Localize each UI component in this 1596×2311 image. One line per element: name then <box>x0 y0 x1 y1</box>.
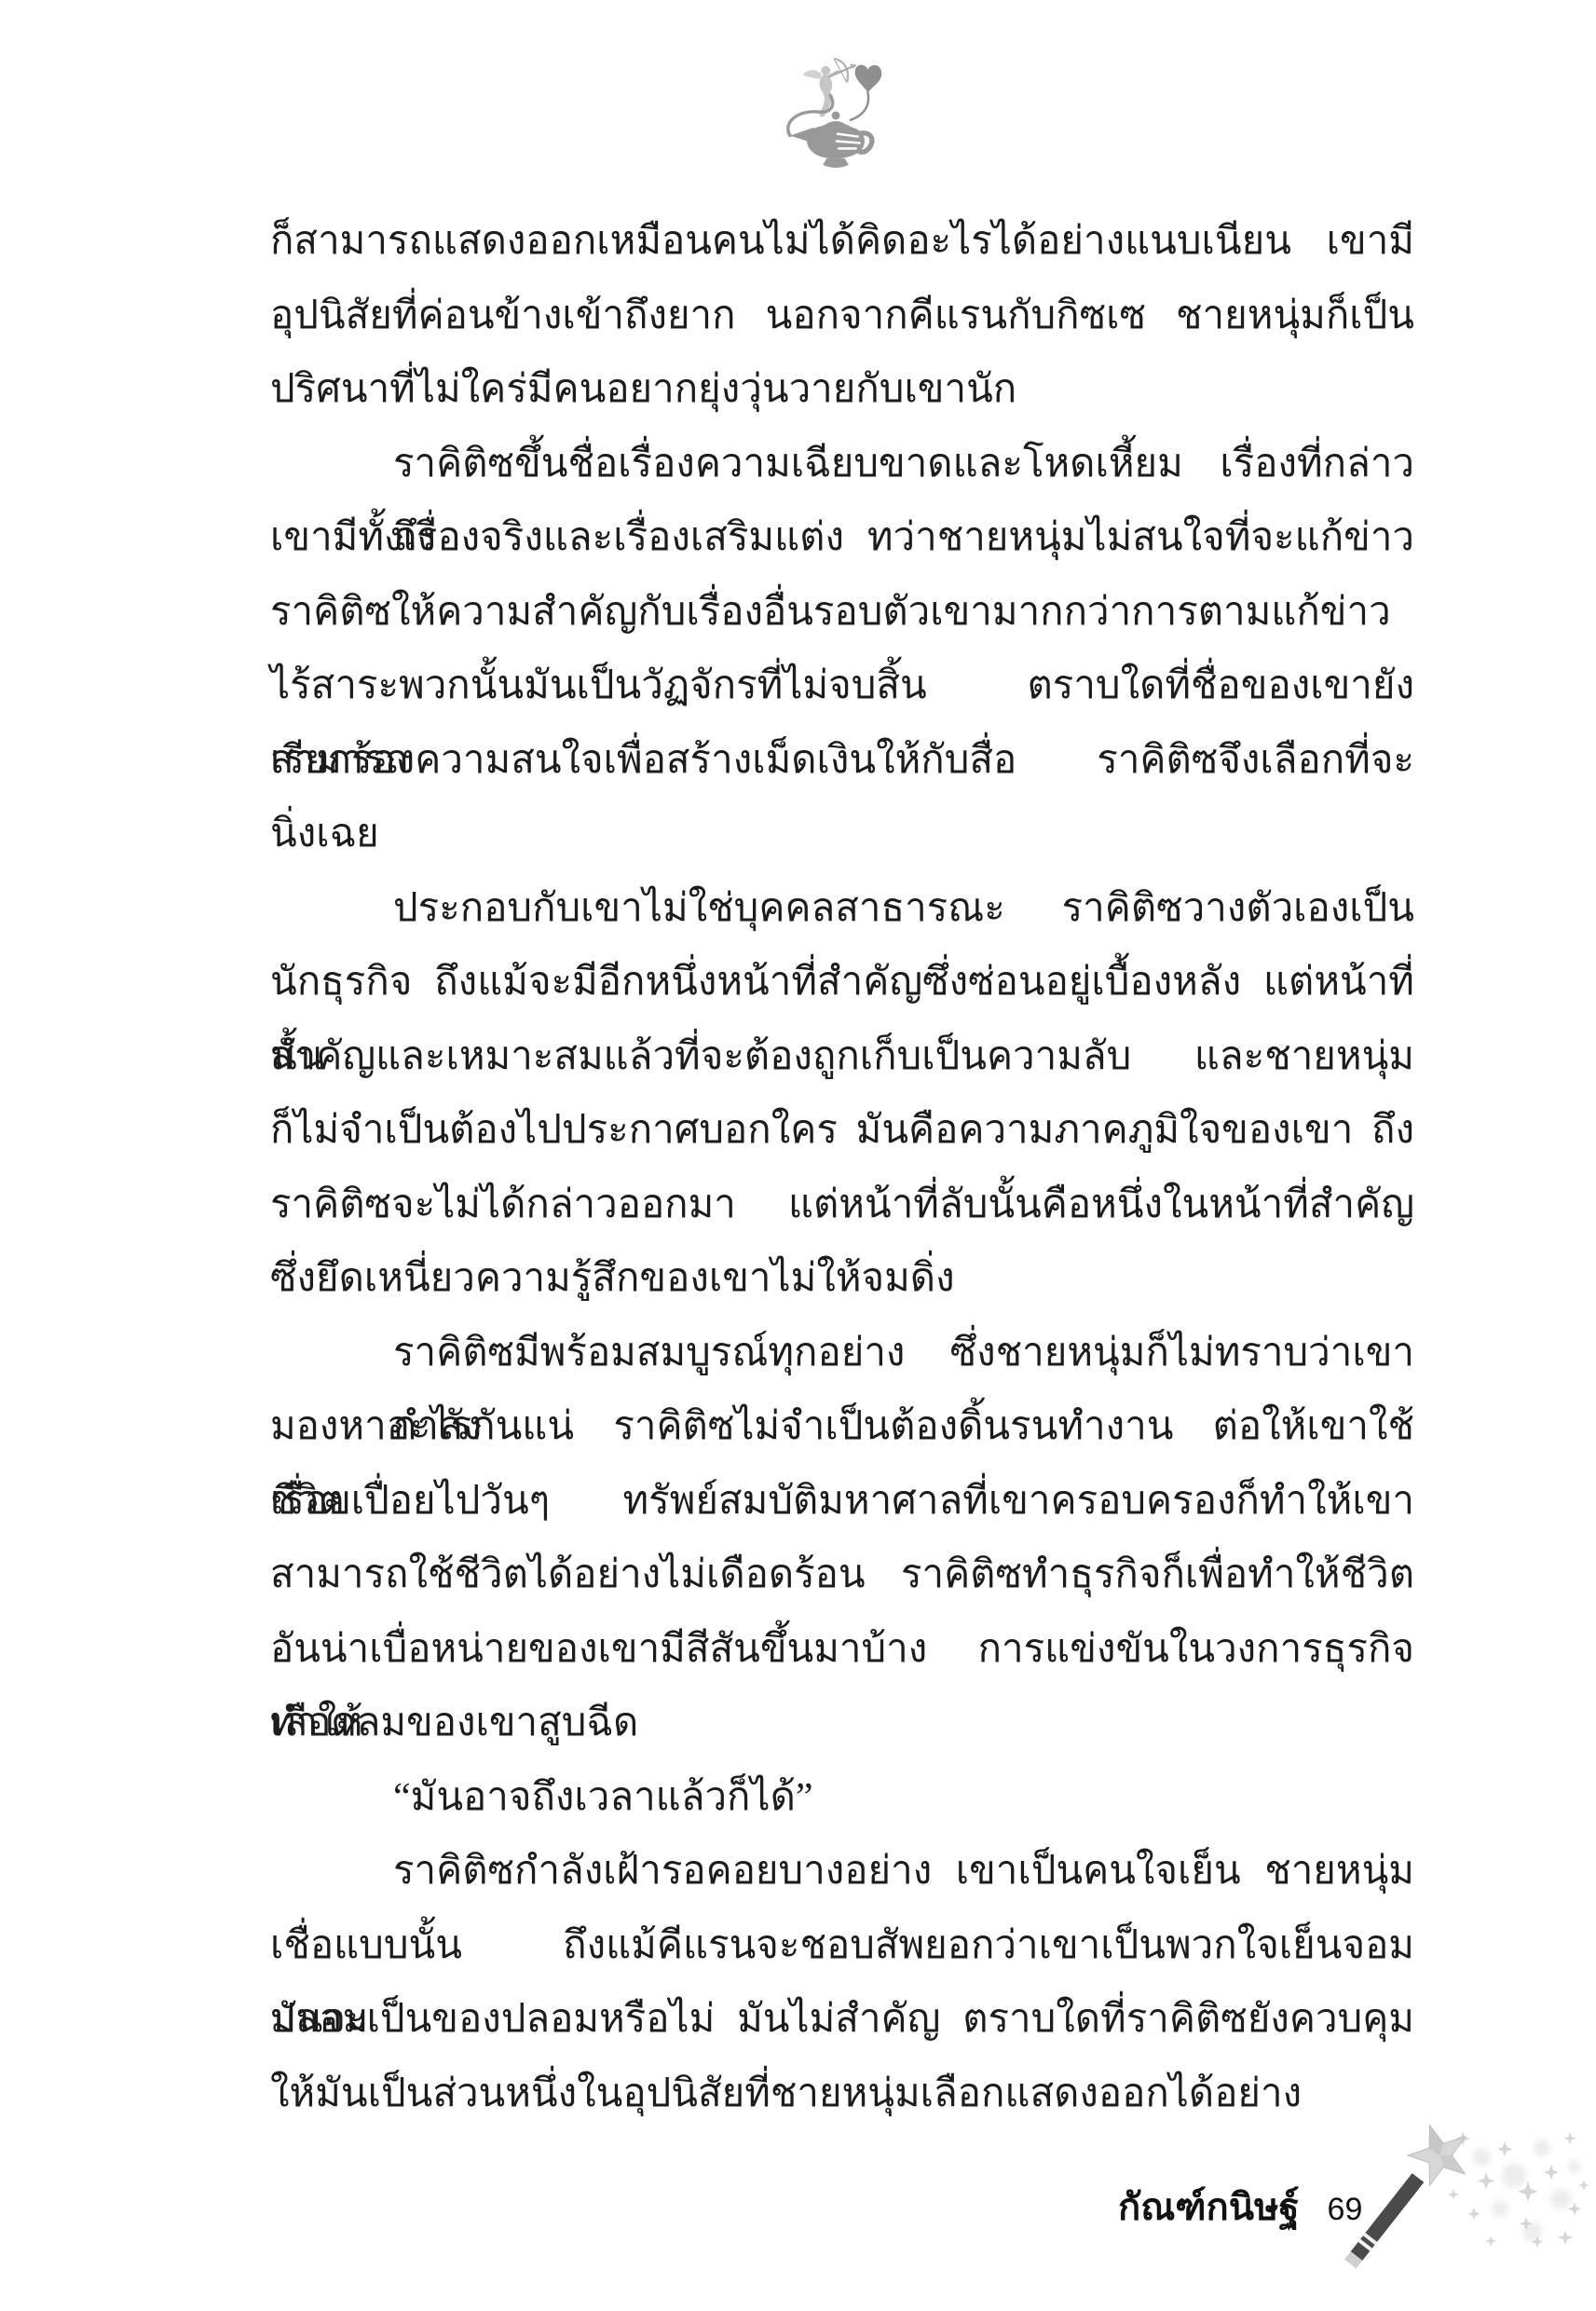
paragraph: “มันอาจถึงเวลาแล้วก็ได้” <box>270 1761 1414 1836</box>
text-line: เขามีทั้งเรื่องจริงและเรื่องเสริมแต่ง ทว… <box>270 501 1414 576</box>
text-line: ราคิติซกำลังเฝ้ารอคอยบางอย่าง เขาเป็นคนใ… <box>270 1835 1414 1909</box>
text-line: ปริศนาที่ไม่ใคร่มีคนอยากยุ่งวุ่นวายกับเข… <box>270 353 1414 428</box>
text-line: ก็สามารถแสดงออกเหมือนคนไม่ได้คิดอะไรได้อ… <box>270 205 1414 280</box>
magic-wand-ornament <box>1342 2120 1596 2311</box>
paragraph: ราคิติซมีพร้อมสมบูรณ์ทุกอย่าง ซึ่งชายหนุ… <box>270 1317 1414 1761</box>
sparkles <box>1448 2131 1589 2248</box>
footer-book-title: กัณฑ์กนิษฐ์ <box>1118 2177 1300 2236</box>
text-line: ซึ่งยึดเหนี่ยวความรู้สึกของเขาไม่ให้จมดิ… <box>270 1242 1414 1317</box>
text-line: อันน่าเบื่อหน่ายของเขามีสีสันขึ้นมาบ้าง … <box>270 1613 1414 1688</box>
paragraph: ประกอบกับเขาไม่ใช่บุคคลสาธารณะ ราคิติซวา… <box>270 872 1414 1317</box>
book-page: ก็สามารถแสดงออกเหมือนคนไม่ได้คิดอะไรได้อ… <box>0 0 1596 2311</box>
page-footer: กัณฑ์กนิษฐ์ 69 <box>1118 2177 1362 2236</box>
text-line: เรียกร้องความสนใจเพื่อสร้างเม็ดเงินให้กั… <box>270 724 1414 799</box>
text-line: ราคิติซมีพร้อมสมบูรณ์ทุกอย่าง ซึ่งชายหนุ… <box>270 1317 1414 1391</box>
text-line: ราคิติซขึ้นชื่อเรื่องความเฉียบขาดและโหดเ… <box>270 428 1414 502</box>
text-line: เลือดลมของเขาสูบฉีด <box>270 1687 1414 1761</box>
text-line: อุปนิสัยที่ค่อนข้างเข้าถึงยาก นอกจากคีแร… <box>270 280 1414 354</box>
text-line: “มันอาจถึงเวลาแล้วก็ได้” <box>270 1761 1414 1836</box>
text-line: ราคิติซให้ความสำคัญกับเรื่องอื่นรอบตัวเข… <box>270 576 1414 650</box>
text-line: ราคิติซจะไม่ได้กล่าวออกมา แต่หน้าที่ลับน… <box>270 1169 1414 1243</box>
text-line: มันจะเป็นของปลอมหรือไม่ มันไม่สำคัญ ตราบ… <box>270 1983 1414 2058</box>
text-line: ก็ไม่จำเป็นต้องไปประกาศบอกใคร มันคือความ… <box>270 1094 1414 1169</box>
text-line: สำคัญและเหมาะสมแล้วที่จะต้องถูกเก็บเป็นค… <box>270 1020 1414 1095</box>
genie-lamp-icon <box>788 95 872 168</box>
text-line: เรื่อยเปื่อยไปวันๆ ทรัพย์สมบัติมหาศาลที่… <box>270 1465 1414 1539</box>
text-line: ประกอบกับเขาไม่ใช่บุคคลสาธารณะ ราคิติซวา… <box>270 872 1414 947</box>
genie-lamp-cupid-ornament <box>781 50 893 173</box>
text-block: ก็สามารถแสดงออกเหมือนคนไม่ได้คิดอะไรได้อ… <box>270 205 1414 2131</box>
heart-icon <box>851 65 882 120</box>
text-line: สามารถใช้ชีวิตได้อย่างไม่เดือดร้อน ราคิต… <box>270 1538 1414 1613</box>
text-line: เชื่อแบบนั้น ถึงแม้คีแรนจะชอบสัพยอกว่าเข… <box>270 1909 1414 1984</box>
paragraph: ราคิติซกำลังเฝ้ารอคอยบางอย่าง เขาเป็นคนใ… <box>270 1835 1414 2131</box>
paragraph: ก็สามารถแสดงออกเหมือนคนไม่ได้คิดอะไรได้อ… <box>270 205 1414 428</box>
text-line: นักธุรกิจ ถึงแม้จะมีอีกหนึ่งหน้าที่สำคัญ… <box>270 946 1414 1020</box>
paragraph: ราคิติซขึ้นชื่อเรื่องความเฉียบขาดและโหดเ… <box>270 428 1414 872</box>
text-line: ไร้สาระพวกนั้นมันเป็นวัฏจักรที่ไม่จบสิ้น… <box>270 650 1414 724</box>
text-line: นิ่งเฉย <box>270 798 1414 872</box>
magic-wand-icon <box>1344 2126 1466 2269</box>
text-line: มองหาอะไรกันแน่ ราคิติซไม่จำเป็นต้องดิ้น… <box>270 1390 1414 1465</box>
text-line: ให้มันเป็นส่วนหนึ่งในอุปนิสัยที่ชายหนุ่ม… <box>270 2058 1414 2132</box>
